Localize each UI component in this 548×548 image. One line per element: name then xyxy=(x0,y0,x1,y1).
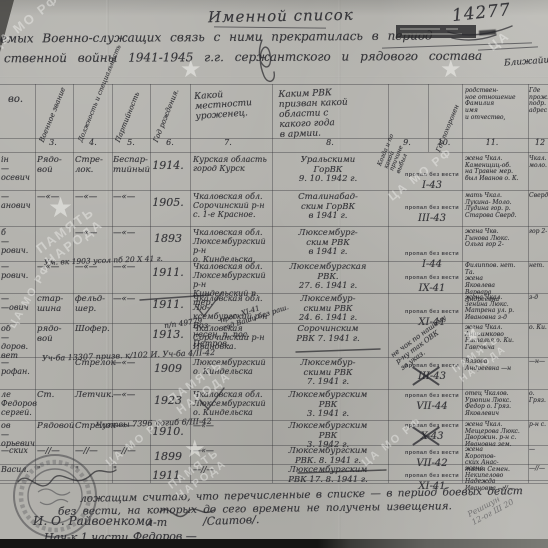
cell-address: Чкал. моло. xyxy=(529,156,548,169)
cell-address: нет. xyxy=(529,263,548,270)
cell-name: —рович. xyxy=(1,263,35,281)
cell-year: 1913. xyxy=(149,329,187,341)
cell-rank: " xyxy=(37,466,72,476)
cell-place: Курская область город Курск xyxy=(193,156,271,174)
cell-duty: —«— xyxy=(75,229,111,239)
cell-rvk: Люксембур- скими РВК 7. 1941 г. xyxy=(276,359,380,388)
cell-address: —н— xyxy=(529,359,548,366)
grid-line-horizontal xyxy=(0,226,548,227)
missing-stamp-date: VII-42 xyxy=(410,458,454,469)
cell-address: о. Ки. xyxy=(529,325,548,332)
missing-stamp-date: III-43 xyxy=(410,213,454,224)
cell-rank: Рядовой xyxy=(37,422,72,432)
signature-rank-1: л-т xyxy=(146,517,167,529)
cell-name: ле Федоров сергей. xyxy=(1,391,35,418)
signature-role-1: И. О. Райвоенкома xyxy=(33,515,152,528)
cell-place: Чкаловская обл. Сорочинский р-н с. 1-е К… xyxy=(193,193,271,220)
cell-rank: рядо- вой xyxy=(37,325,72,344)
cell-duty: " xyxy=(75,466,111,476)
cell-place: —//— xyxy=(193,466,271,475)
column-header-family: родствен- ное отношение Фамилия имя и от… xyxy=(465,88,525,122)
missing-in-action-stamp: пропал без вести xyxy=(404,473,460,479)
cell-family: жена Чкал. Мещерова Люкс. Дворжин. р-н с… xyxy=(465,422,525,449)
missing-in-action-stamp: пропал без вести xyxy=(404,393,460,399)
cell-rank: —//— xyxy=(37,447,72,457)
grid-line-vertical xyxy=(272,84,273,483)
cell-rvk: Люксембургским РВК 3. 1941 г. xyxy=(276,391,380,420)
subtitle-line-2: ственной войны 1941-1945 г.г. сержантско… xyxy=(4,50,482,66)
cell-address: — xyxy=(529,447,548,454)
cell-address: гор 2- xyxy=(529,229,548,236)
cell-name: ін —осевич xyxy=(1,156,35,183)
stamp-line xyxy=(402,33,462,35)
missing-stamp-date: XI-41 xyxy=(410,481,454,492)
cell-family: жена Чкал. Каменщиц-об. на Травне мер. б… xyxy=(465,156,525,183)
column-header-address: Где прож. подр. адрес xyxy=(529,88,548,115)
cell-year: 1909 xyxy=(149,363,187,375)
column-number: 4. xyxy=(83,139,103,148)
missing-in-action-stamp: пропал без вести xyxy=(404,309,460,315)
cell-duty: фельд- шер. xyxy=(75,295,111,314)
cell-rvk: Сорочинским РВК 7. 1941 г. xyxy=(276,325,380,344)
missing-in-action-stamp: пропал без вести xyxy=(404,275,460,281)
cell-name: Васил. xyxy=(1,466,35,475)
cell-place: Чкаловская обл. Люксембургский о. Киндел… xyxy=(193,391,271,418)
cell-party: —«— xyxy=(113,193,149,203)
missing-stamp-date: IX-41 xyxy=(410,283,454,294)
column-number: 5. xyxy=(121,139,141,148)
cell-address: о. Гряз. xyxy=(529,391,548,404)
cell-year: 1899 xyxy=(149,451,187,463)
missing-stamp-date: VII-44 xyxy=(410,401,454,412)
cell-duty: Летчик. xyxy=(75,391,111,401)
missing-in-action-stamp: пропал без вести xyxy=(404,251,460,257)
cell-rank: Рядо- вой xyxy=(37,156,72,175)
column-header-when_lost: Когда и по какой причине выбыл xyxy=(377,122,419,175)
cell-year: 1905. xyxy=(149,197,187,209)
scan-edge-shadow xyxy=(0,539,548,548)
cell-year: 1911. xyxy=(149,299,187,311)
stamp-line xyxy=(400,28,440,30)
header-fragment-left: во. xyxy=(8,94,23,105)
cell-party: —«— xyxy=(113,295,149,305)
grid-line-horizontal xyxy=(0,190,548,191)
grid-line-horizontal xyxy=(0,84,548,85)
grid-line-vertical xyxy=(462,84,463,483)
cell-family: жена Чкал. Анисимково Наталья о. Ки. Гав… xyxy=(465,325,525,352)
column-number: 8. xyxy=(320,139,340,148)
cell-rank: —«— xyxy=(37,193,72,203)
cell-name: — анович xyxy=(1,193,35,211)
page-title: Именной список xyxy=(208,7,354,26)
cell-place: —«— xyxy=(193,447,271,456)
grid-line-horizontal xyxy=(0,152,548,153)
cell-party: —//— xyxy=(113,447,149,457)
cell-rank: стар- шина xyxy=(37,295,72,314)
column-header-place: Какой местности уроженец. xyxy=(194,87,272,122)
cell-place: Люксембургский о. Киндельска xyxy=(193,359,271,377)
missing-in-action-stamp: пропал без вести xyxy=(404,172,460,178)
stamp-line xyxy=(446,28,458,30)
cell-party: Беспар- тийный xyxy=(113,156,149,175)
missing-stamp-date: I-44 xyxy=(410,259,454,270)
cell-rvk: Люксембургским РВК. 8. 1941 г. xyxy=(276,447,380,466)
cell-party: —«— xyxy=(113,229,149,239)
column-header-rank: Военное звание xyxy=(39,87,68,144)
cell-family: Вязова Андреевна —н xyxy=(465,359,525,372)
header-fragment-right: Ближайш xyxy=(504,55,548,68)
ink-blob xyxy=(479,29,496,35)
cell-rank: Ст. xyxy=(37,391,72,401)
signature-name-1: /Саитов/. xyxy=(203,514,260,528)
cell-year: 1911. xyxy=(149,267,187,279)
column-header-party: Партийность xyxy=(115,91,142,144)
cell-address: Сверд. xyxy=(529,193,548,200)
column-number: 11. xyxy=(482,139,502,148)
cell-year: 1911. xyxy=(149,470,187,482)
cell-duty: —//— xyxy=(75,447,111,457)
cell-rvk: Уральскими ГорВК 9. 10. 1942 г. xyxy=(276,156,380,185)
grid-line-vertical xyxy=(428,84,429,152)
cell-year: 1923 xyxy=(149,395,187,407)
grid-line-vertical xyxy=(35,84,36,483)
missing-stamp-date: I-43 xyxy=(410,180,454,191)
subtitle-line-1: емых Военно-служащих связь с ними прекра… xyxy=(0,29,433,45)
missing-in-action-stamp: пропал без вести xyxy=(404,205,460,211)
missing-in-action-stamp: пропал без вести xyxy=(404,450,460,456)
cell-family: жена Чкал. Зенина Люкс. Матрена ул. р. И… xyxy=(465,295,525,322)
column-header-year: Год рождения. xyxy=(153,88,182,144)
paper-crease-horizontal xyxy=(0,76,548,78)
cell-family: жена Чкв. Гынова Люкс. Ольга гор 2- xyxy=(465,229,525,249)
cell-family: мать Чкал. Лукина- Моло. Лудина гор. р. … xyxy=(465,193,525,220)
cell-party: " xyxy=(113,466,149,476)
cell-name: —рофан. xyxy=(1,359,35,377)
intake-stamp xyxy=(396,25,476,38)
cell-duty: Шофер. xyxy=(75,325,111,335)
cell-address: р-н с. xyxy=(529,422,548,429)
column-number: 6. xyxy=(160,139,180,148)
cell-family: жена Некипелово Надежда Ивановна —//— xyxy=(465,466,525,493)
cell-address: —//— xyxy=(529,466,548,473)
cell-name: — —ович xyxy=(1,295,35,313)
cell-rvk: Люксембургская РВК. 27. 6. 1941 г. xyxy=(276,263,380,292)
cell-year: 1893 xyxy=(149,233,187,245)
cell-duty: Стре- лок. xyxy=(75,156,111,175)
column-header-rvk: Каким РВК призван какой области с какого… xyxy=(278,87,380,141)
cell-name: об —доров. вет xyxy=(1,325,35,361)
scanned-document-page: Именной список емых Военно-служащих связ… xyxy=(0,0,548,548)
archive-number: 14277 xyxy=(451,1,512,26)
cell-rvk: Сталинабад- ским ГорВК в 1941 г. xyxy=(276,193,380,222)
cell-name: ов —орьевич xyxy=(1,422,35,449)
column-number: 12 xyxy=(530,139,548,148)
cell-rvk: Люксембургским РВК 17. 8. 1941 г. xyxy=(276,466,380,485)
cell-party: —«— xyxy=(113,391,149,401)
cell-family: отец Чкалов. Урюпин Люкс. Федор о. Гряз.… xyxy=(465,391,525,418)
ink-underline xyxy=(478,46,538,50)
cell-name: б —рович. xyxy=(1,229,35,256)
column-number: 7. xyxy=(218,139,238,148)
cell-address: з-д xyxy=(529,295,548,302)
cell-duty: —«— xyxy=(75,193,111,203)
cell-name: —ских xyxy=(1,447,35,456)
cell-rvk: Люксембург- ским РВК в 1941 г. xyxy=(276,229,380,258)
cell-year: 1914. xyxy=(149,160,187,172)
